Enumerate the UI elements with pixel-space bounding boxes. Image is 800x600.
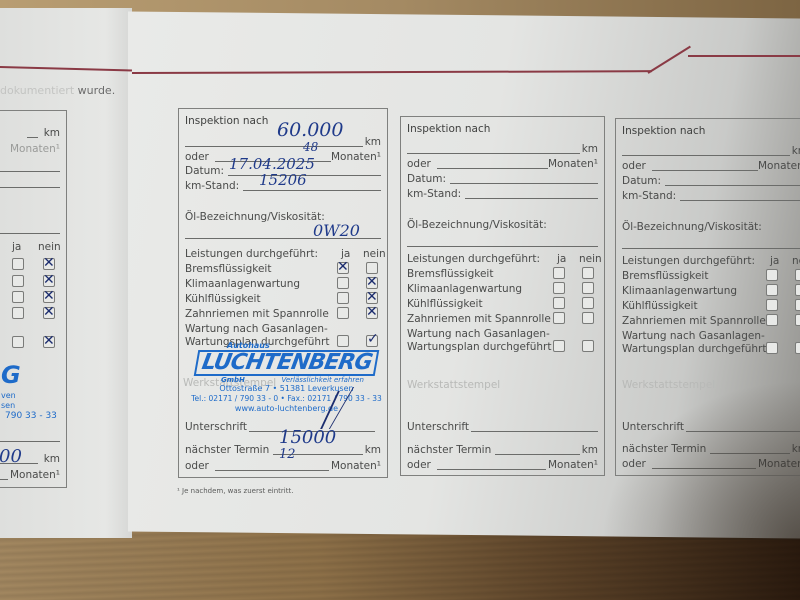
checkbox-ja[interactable] <box>12 291 24 303</box>
checkbox-nein[interactable] <box>795 314 800 326</box>
inspection-panel-1: Inspektion nach 60.000 km 48 oder Monate… <box>178 108 388 478</box>
checkbox-ja[interactable] <box>553 340 565 352</box>
footnote: ¹ Je nachdem, was zuerst eintritt. <box>177 487 293 495</box>
checkbox-ja[interactable] <box>12 307 24 319</box>
checkbox-zahnriemen-nein[interactable] <box>366 307 378 319</box>
checkbox-nein[interactable] <box>795 284 800 296</box>
checkbox-ja[interactable] <box>12 275 24 287</box>
checkbox-nein-checked[interactable] <box>43 336 55 348</box>
red-rule-right <box>688 55 800 57</box>
checkbox-nein-checked[interactable] <box>43 307 55 319</box>
checkbox-nein[interactable] <box>582 297 594 309</box>
checkbox-ja[interactable] <box>766 284 778 296</box>
checkbox-ja[interactable] <box>553 312 565 324</box>
panel-title: Inspektion nach <box>185 115 268 127</box>
checkbox-ja[interactable] <box>766 269 778 281</box>
wood-table-bottom <box>0 530 800 600</box>
checkbox-nein[interactable] <box>582 340 594 352</box>
inspection-panel-3: Inspektion nach km oder Monaten¹ Datum: … <box>615 118 800 476</box>
top-note: dokumentiert wurde. <box>0 84 115 97</box>
checkbox-ja[interactable] <box>766 299 778 311</box>
checkbox-nein[interactable] <box>795 342 800 354</box>
checkbox-zahnriemen-ja[interactable] <box>337 307 349 319</box>
checkbox-ja[interactable] <box>12 336 24 348</box>
checkbox-bremsfluessigkeit-nein[interactable] <box>366 262 378 274</box>
checkbox-klima-ja[interactable] <box>337 277 349 289</box>
checkbox-ja[interactable] <box>12 258 24 270</box>
checkbox-ja[interactable] <box>553 282 565 294</box>
checkbox-nein[interactable] <box>582 267 594 279</box>
inspection-panel-partial: km Monaten¹ ja nein G ven sen 790 33 - 3… <box>0 110 67 488</box>
checkbox-ja[interactable] <box>553 297 565 309</box>
checkbox-nein-checked[interactable] <box>43 258 55 270</box>
checkbox-ja[interactable] <box>766 342 778 354</box>
checkbox-nein[interactable] <box>795 299 800 311</box>
checkbox-ja[interactable] <box>553 267 565 279</box>
stamp-logo: LUCHTENBERG <box>193 350 379 376</box>
checkbox-bremsfluessigkeit-ja[interactable] <box>337 262 349 274</box>
checkbox-kuehl-ja[interactable] <box>337 292 349 304</box>
checkbox-nein[interactable] <box>582 312 594 324</box>
checkbox-kuehl-nein[interactable] <box>366 292 378 304</box>
checkbox-nein[interactable] <box>582 282 594 294</box>
checkbox-nein-checked[interactable] <box>43 291 55 303</box>
checkbox-klima-nein[interactable] <box>366 277 378 289</box>
inspection-panel-2: Inspektion nach km oder Monaten¹ Datum: … <box>400 116 605 476</box>
stamp-fragment-logo: G <box>1 361 21 389</box>
checkbox-nein[interactable] <box>795 269 800 281</box>
checkbox-ja[interactable] <box>766 314 778 326</box>
checkbox-nein-checked[interactable] <box>43 275 55 287</box>
